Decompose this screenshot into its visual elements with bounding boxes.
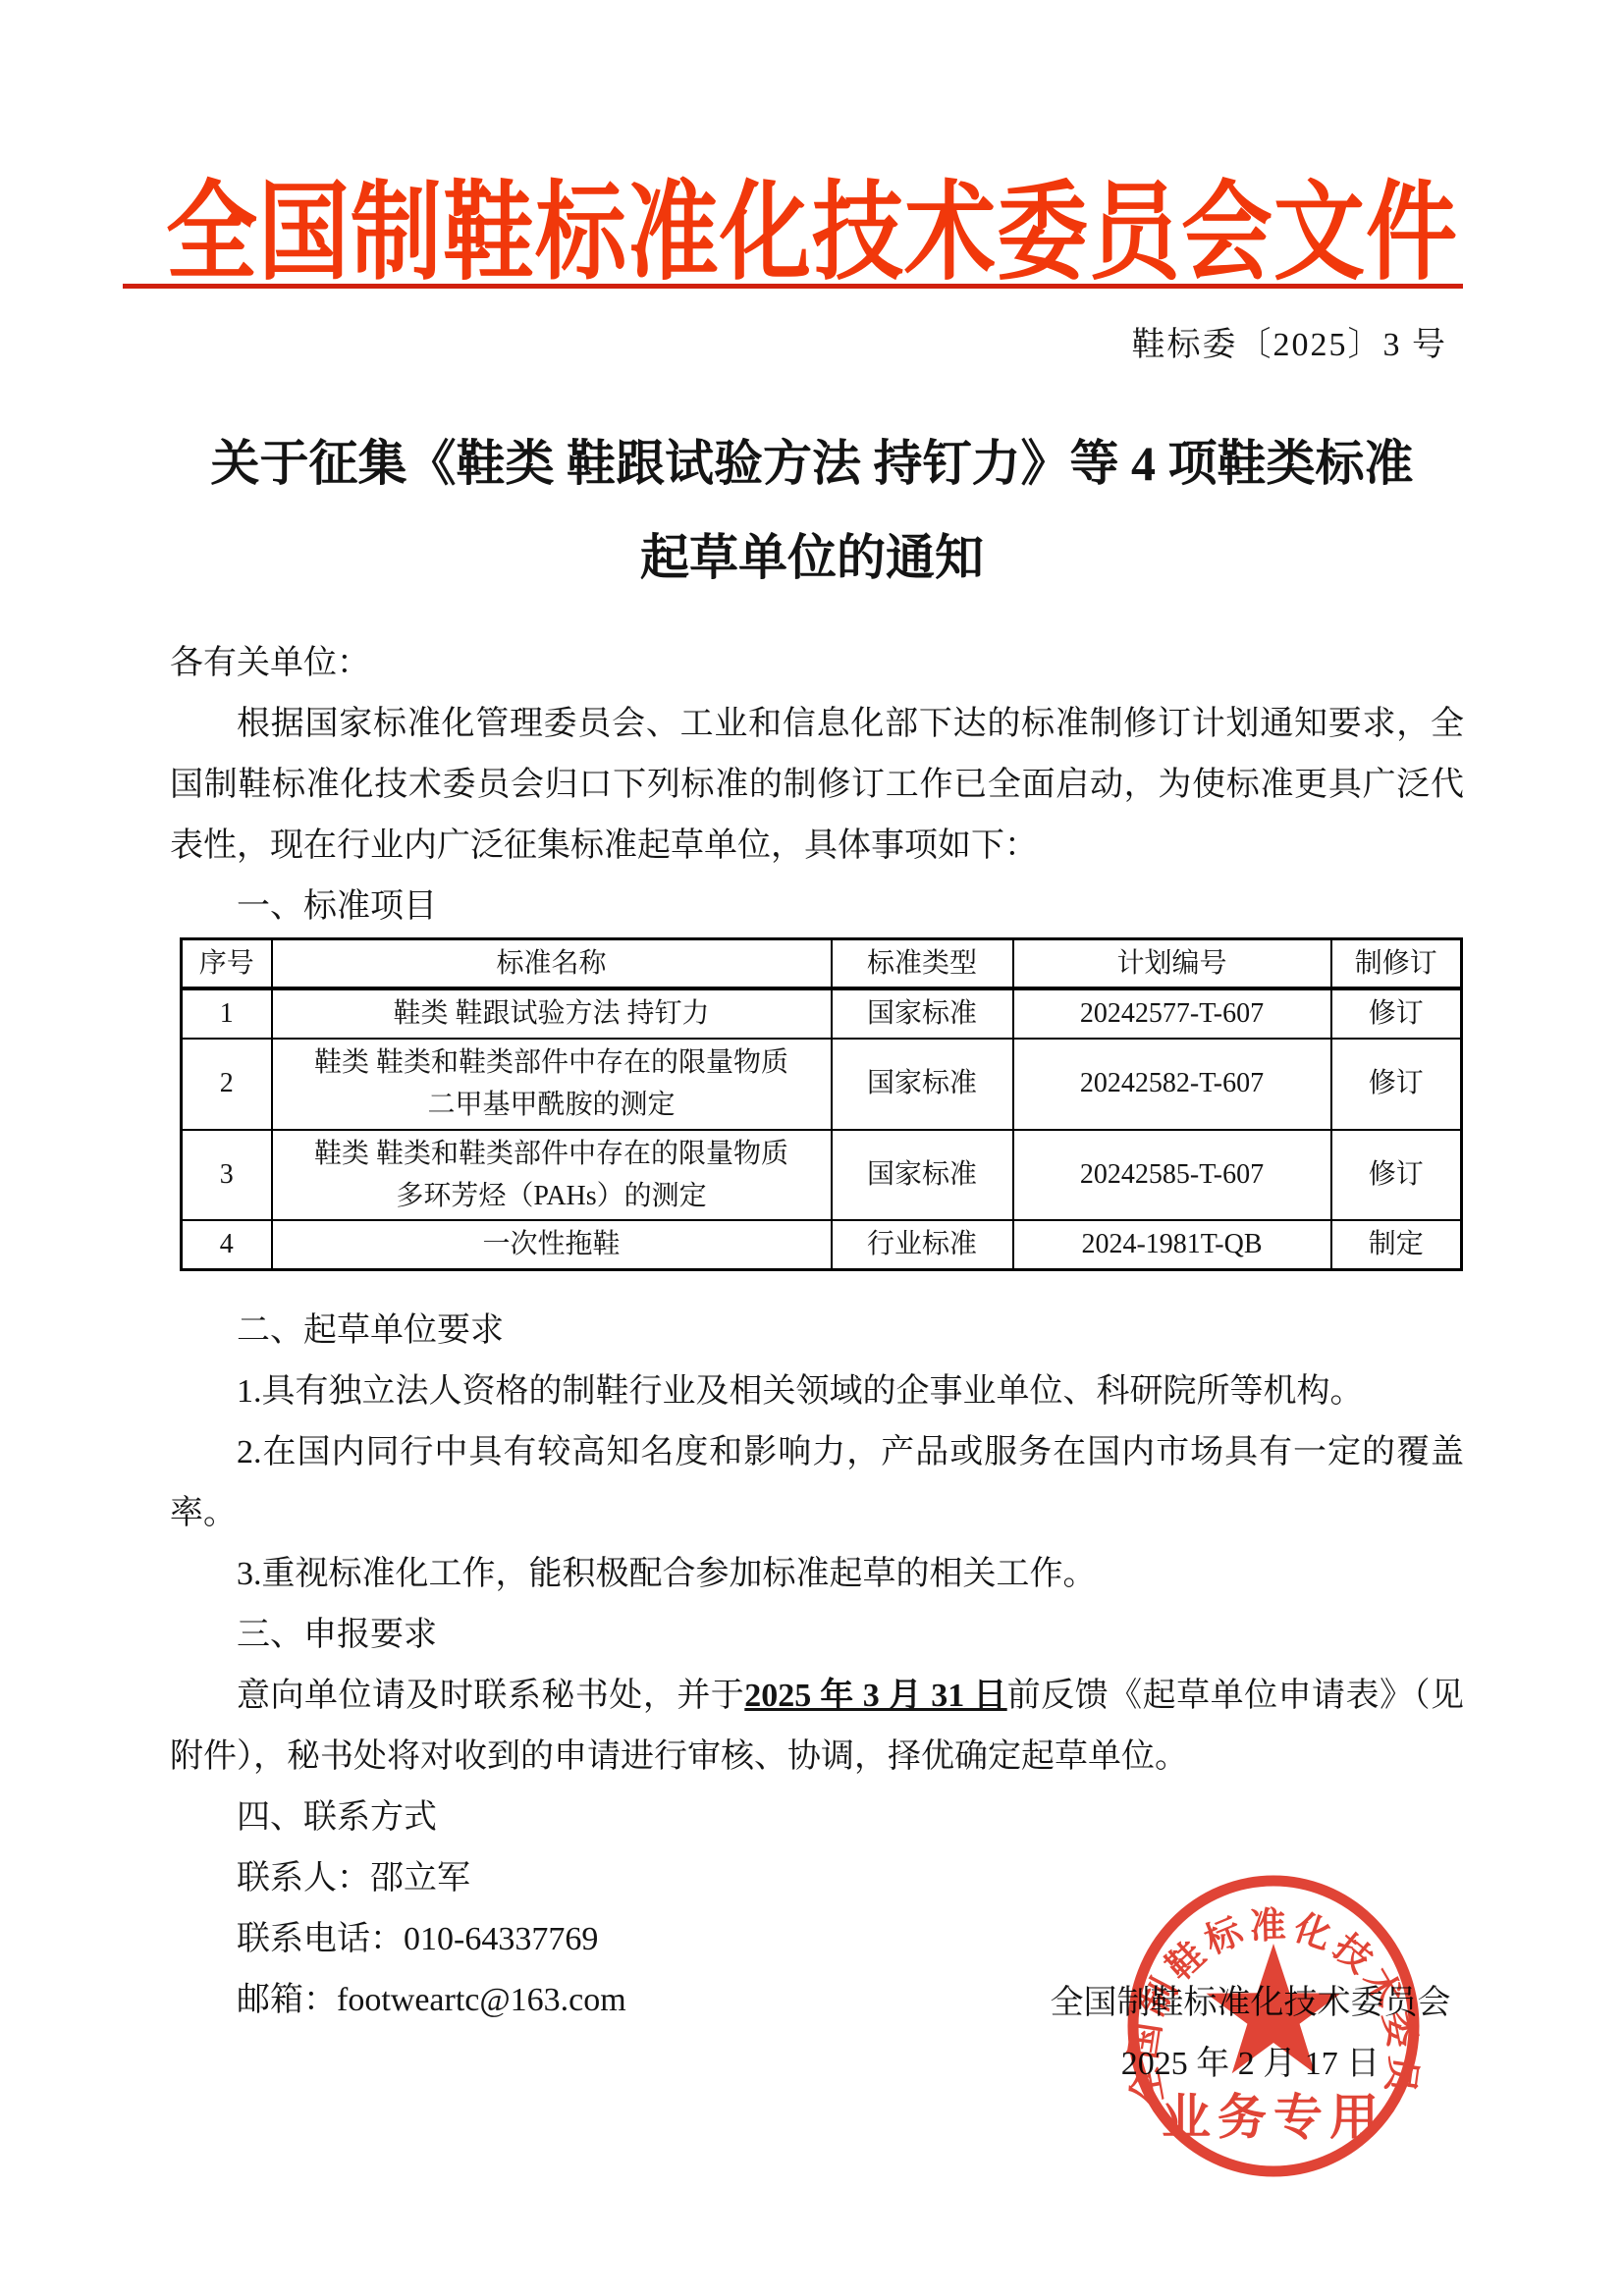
official-seal-stamp: 全国制鞋标准化技术委员会 业务专用 — [1120, 1871, 1427, 2183]
section3-text-before: 意向单位请及时联系秘书处，并于 — [237, 1678, 744, 1714]
standard-index-cell: 1 — [182, 988, 272, 1038]
official-document-page: 全国制鞋标准化技术委员会文件 鞋标委〔2025〕3 号 关于征集《鞋类 鞋跟试验… — [0, 0, 1624, 2296]
deadline-date: 2025 年 3 月 31 日 — [744, 1678, 1006, 1714]
plan-number-cell: 20242582-T-607 — [1013, 1039, 1331, 1130]
section3-paragraph: 意向单位请及时联系秘书处，并于2025 年 3 月 31 日前反馈《起草单位申请… — [170, 1666, 1464, 1788]
standard-name-cell: 一次性拖鞋 — [272, 1220, 832, 1269]
revision-status-cell: 修订 — [1331, 988, 1462, 1038]
letterhead-title: 全国制鞋标准化技术委员会文件 — [0, 145, 1624, 300]
standard-type-cell: 国家标准 — [832, 1130, 1013, 1221]
col-header-type: 标准类型 — [832, 939, 1013, 989]
col-header-name: 标准名称 — [272, 939, 832, 989]
table-row: 4一次性拖鞋行业标准2024-1981T-QB制定 — [182, 1220, 1462, 1269]
plan-number-cell: 2024-1981T-QB — [1013, 1220, 1331, 1269]
table-row: 1鞋类 鞋跟试验方法 持钉力国家标准20242577-T-607修订 — [182, 988, 1462, 1038]
letterhead-rule — [123, 284, 1463, 289]
col-header-status: 制修订 — [1331, 939, 1462, 989]
intro-paragraph: 根据国家标准化管理委员会、工业和信息化部下达的标准制修订计划通知要求，全国制鞋标… — [170, 694, 1464, 877]
table-row: 2鞋类 鞋类和鞋类部件中存在的限量物质二甲基甲酰胺的测定国家标准20242582… — [182, 1039, 1462, 1130]
standard-index-cell: 3 — [182, 1130, 272, 1221]
standard-type-cell: 行业标准 — [832, 1220, 1013, 1269]
revision-status-cell: 修订 — [1331, 1039, 1462, 1130]
document-body: 各有关单位： 根据国家标准化管理委员会、工业和信息化部下达的标准制修订计划通知要… — [170, 633, 1464, 2031]
standard-type-cell: 国家标准 — [832, 988, 1013, 1038]
document-number: 鞋标委〔2025〕3 号 — [1132, 317, 1448, 365]
standard-index-cell: 2 — [182, 1039, 272, 1130]
col-header-plan: 计划编号 — [1013, 939, 1331, 989]
section2-item-1: 1.具有独立法人资格的制鞋行业及相关领域的企事业单位、科研院所等机构。 — [170, 1362, 1464, 1422]
section2-item-3: 3.重视标准化工作，能积极配合参加标准起草的相关工作。 — [170, 1544, 1464, 1605]
section2-item-2: 2.在国内同行中具有较高知名度和影响力，产品或服务在国内市场具有一定的覆盖率。 — [170, 1422, 1464, 1544]
standards-table-body: 1鞋类 鞋跟试验方法 持钉力国家标准20242577-T-607修订2鞋类 鞋类… — [182, 988, 1462, 1269]
section3-heading: 三、申报要求 — [170, 1605, 1464, 1666]
col-header-index: 序号 — [182, 939, 272, 989]
standards-table: 序号 标准名称 标准类型 计划编号 制修订 1鞋类 鞋跟试验方法 持钉力国家标准… — [180, 937, 1463, 1271]
section4-heading: 四、联系方式 — [170, 1788, 1464, 1848]
document-title-line2: 起草单位的通知 — [0, 518, 1624, 589]
revision-status-cell: 制定 — [1331, 1220, 1462, 1269]
standard-index-cell: 4 — [182, 1220, 272, 1269]
table-row: 3鞋类 鞋类和鞋类部件中存在的限量物质多环芳烃（PAHs）的测定国家标准2024… — [182, 1130, 1462, 1221]
red-star-icon — [1207, 1944, 1341, 2073]
section2-heading: 二、起草单位要求 — [170, 1301, 1464, 1362]
document-title-line1: 关于征集《鞋类 鞋跟试验方法 持钉力》等 4 项鞋类标准 — [0, 424, 1624, 495]
seal-bottom-text: 业务专用 — [1162, 2090, 1385, 2145]
standards-table-header: 序号 标准名称 标准类型 计划编号 制修订 — [182, 939, 1462, 989]
plan-number-cell: 20242585-T-607 — [1013, 1130, 1331, 1221]
section1-heading: 一、标准项目 — [170, 877, 1464, 937]
plan-number-cell: 20242577-T-607 — [1013, 988, 1331, 1038]
salutation: 各有关单位： — [170, 633, 1464, 694]
standard-name-cell: 鞋类 鞋类和鞋类部件中存在的限量物质多环芳烃（PAHs）的测定 — [272, 1130, 832, 1221]
standard-name-cell: 鞋类 鞋类和鞋类部件中存在的限量物质二甲基甲酰胺的测定 — [272, 1039, 832, 1130]
revision-status-cell: 修订 — [1331, 1130, 1462, 1221]
standard-name-cell: 鞋类 鞋跟试验方法 持钉力 — [272, 988, 832, 1038]
standard-type-cell: 国家标准 — [832, 1039, 1013, 1130]
